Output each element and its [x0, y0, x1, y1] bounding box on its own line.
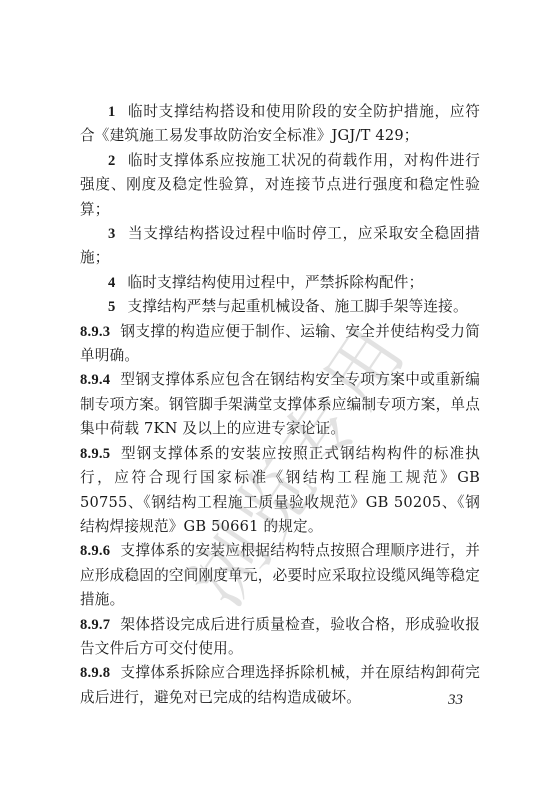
clause-number: 8.9.5 — [80, 446, 110, 462]
list-item: 3当支撑结构搭设过程中临时停工，应采取安全稳固措施； — [80, 222, 480, 271]
clause: 8.9.7架体搭设完成后进行质量检查，验收合格，形成验收报告文件后方可交付使用。 — [80, 613, 480, 662]
clause-text: 支撑体系的安装应根据结构特点按照合理顺序进行，并应形成稳固的空间刚度单元，必要时… — [80, 542, 480, 608]
clause: 8.9.8支撑体系拆除应合理选择拆除机械，并在原结构卸荷完成后进行，避免对已完成… — [80, 661, 480, 710]
clause-number: 8.9.6 — [80, 543, 110, 559]
item-number: 1 — [108, 104, 116, 120]
item-text: 临时支撑体系应按施工状况的荷载作用，对构件进行强度、刚度及稳定性验算，对连接节点… — [80, 152, 480, 218]
list-item: 4临时支撑结构使用过程中，严禁拆除构配件； — [80, 271, 480, 295]
item-text: 支撑结构严禁与起重机械设备、施工脚手架等连接。 — [128, 298, 468, 315]
clause: 8.9.3钢支撑的构造应便于制作、运输、安全并使结构受力简单明确。 — [80, 320, 480, 369]
clause-number: 8.9.4 — [80, 372, 110, 388]
clause: 8.9.6支撑体系的安装应根据结构特点按照合理顺序进行，并应形成稳固的空间刚度单… — [80, 539, 480, 612]
clause-text: 支撑体系拆除应合理选择拆除机械，并在原结构卸荷完成后进行，避免对已完成的结构造成… — [80, 664, 480, 705]
body-text: 1临时支撑结构搭设和使用阶段的安全防护措施，应符合《建筑施工易发事故防治安全标准… — [80, 100, 480, 710]
clause-number: 8.9.3 — [80, 324, 110, 340]
clause-number: 8.9.8 — [80, 665, 110, 681]
clause-text: 型钢支撑体系应包含在钢结构安全专项方案中或重新编制专项方案。钢管脚手架满堂支撑体… — [80, 371, 480, 437]
clause-number: 8.9.7 — [80, 617, 110, 633]
clause: 8.9.5型钢支撑体系的安装应按照正式钢结构构件的标准执行，应符合现行国家标准《… — [80, 442, 480, 540]
list-item: 2临时支撑体系应按施工状况的荷载作用，对构件进行强度、刚度及稳定性验算，对连接节… — [80, 149, 480, 222]
item-text: 当支撑结构搭设过程中临时停工，应采取安全稳固措施； — [80, 225, 480, 266]
document-page: 1临时支撑结构搭设和使用阶段的安全防护措施，应符合《建筑施工易发事故防治安全标准… — [0, 0, 551, 790]
clause-text: 型钢支撑体系的安装应按照正式钢结构构件的标准执行，应符合现行国家标准《钢结构工程… — [80, 445, 480, 535]
list-item: 1临时支撑结构搭设和使用阶段的安全防护措施，应符合《建筑施工易发事故防治安全标准… — [80, 100, 480, 149]
clause-text: 钢支撑的构造应便于制作、运输、安全并使结构受力简单明确。 — [80, 323, 480, 364]
clause: 8.9.4型钢支撑体系应包含在钢结构安全专项方案中或重新编制专项方案。钢管脚手架… — [80, 368, 480, 441]
item-number: 3 — [108, 226, 116, 242]
list-item: 5支撑结构严禁与起重机械设备、施工脚手架等连接。 — [80, 295, 480, 319]
item-number: 4 — [108, 275, 116, 291]
clause-text: 架体搭设完成后进行质量检查，验收合格，形成验收报告文件后方可交付使用。 — [80, 616, 480, 657]
page-number: 33 — [448, 692, 463, 709]
item-number: 2 — [108, 153, 116, 169]
item-text: 临时支撑结构搭设和使用阶段的安全防护措施，应符合《建筑施工易发事故防治安全标准》… — [80, 103, 480, 144]
item-text: 临时支撑结构使用过程中，严禁拆除构配件； — [128, 274, 424, 291]
item-number: 5 — [108, 299, 116, 315]
